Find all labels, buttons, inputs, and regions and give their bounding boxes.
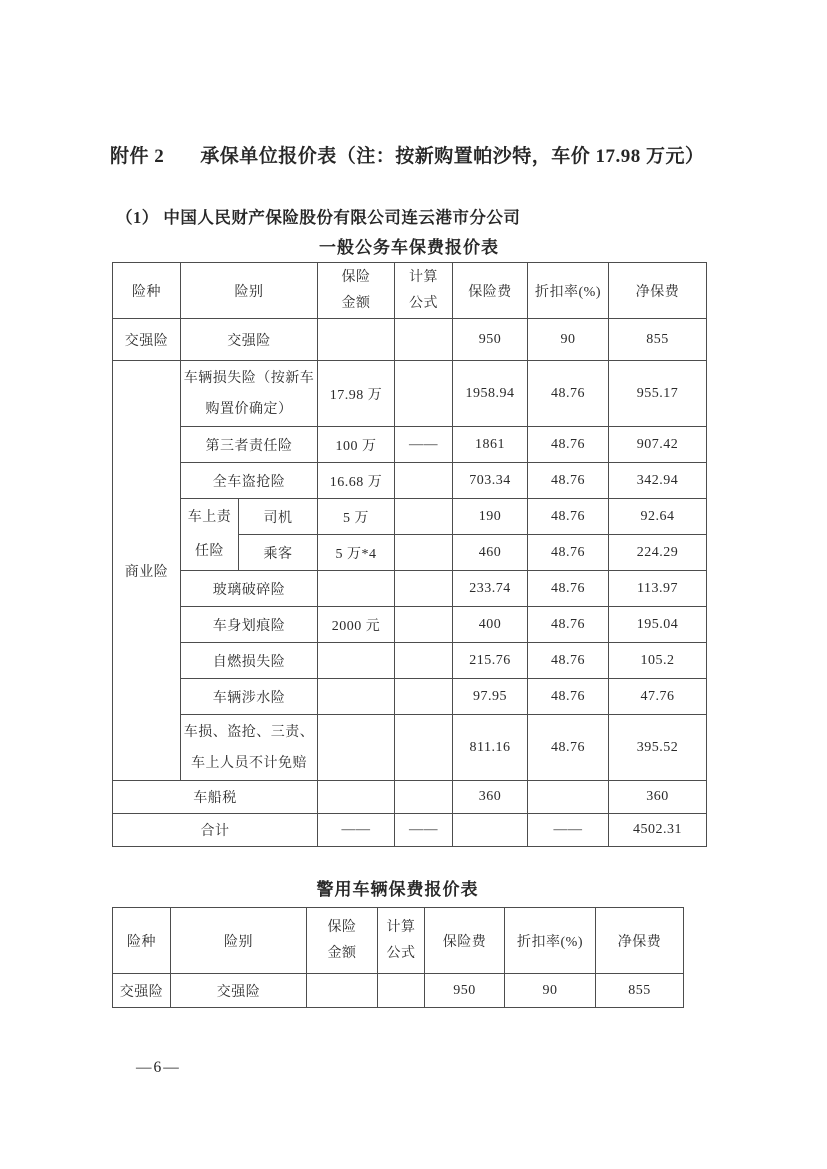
cell-formula-empty [395,499,453,535]
cell-formula-empty [395,361,453,427]
table-row: 车上责 任险 司机 5 万 190 48.76 92.64 [113,499,707,535]
header-premium: 保险费 [453,263,528,319]
table-row: 玻璃破碎险 233.74 48.76 113.97 [113,571,707,607]
cell-net: 195.04 [609,607,707,643]
header-discount-rate: 折扣率(%) [528,263,609,319]
cell-premium: 1958.94 [453,361,528,427]
cell-amount: 2000 元 [318,607,395,643]
header-insured-amount: 保险 金额 [307,908,378,974]
header-net-premium: 净保费 [609,263,707,319]
cell-premium: 400 [453,607,528,643]
cell-net: 855 [609,319,707,361]
cell-vehicle-tax: 车船税 [113,781,318,814]
cell-premium: 811.16 [453,715,528,781]
document-title-text: 承保单位报价表（注：按新购置帕沙特，车价 17.98 万元） [200,146,704,167]
cell-discount: 48.76 [528,571,609,607]
cell-risk-name: 玻璃破碎险 [181,571,318,607]
cell-discount: 48.76 [528,607,609,643]
header-calc-formula: 计算 公式 [378,908,425,974]
header-insured-amount: 保险 金额 [318,263,395,319]
table-row: 车损、盗抢、三责、 车上人员不计免赔 811.16 48.76 395.52 [113,715,707,781]
cell-risk-name: 车身划痕险 [181,607,318,643]
cell-net: 855 [596,974,684,1008]
cell-net: 105.2 [609,643,707,679]
table-row: 车船税 360 360 [113,781,707,814]
cell-discount: 90 [505,974,596,1008]
cell-discount: 48.76 [528,643,609,679]
cell-risk-type: 交强险 [113,319,181,361]
cell-total-label: 合计 [113,814,318,847]
cell-discount: 48.76 [528,463,609,499]
cell-discount: 48.76 [528,427,609,463]
document-title: 附件 2承保单位报价表（注：按新购置帕沙特，车价 17.98 万元） [110,141,705,168]
cell-amount: 16.68 万 [318,463,395,499]
cell-formula-empty [395,607,453,643]
cell-amount-empty [318,319,395,361]
cell-risk-name: 交强险 [181,319,318,361]
cell-premium-empty [453,814,528,847]
cell-net: 92.64 [609,499,707,535]
cell-net: 113.97 [609,571,707,607]
cell-risk-name: 全车盗抢险 [181,463,318,499]
header-premium: 保险费 [425,908,505,974]
cell-formula: —— [395,427,453,463]
cell-amount-empty [318,571,395,607]
cell-formula-empty [395,535,453,571]
table1-title: 一般公务车保费报价表 [112,233,706,258]
header-discount-rate: 折扣率(%) [505,908,596,974]
cell-premium: 950 [425,974,505,1008]
table-row: 自燃损失险 215.76 48.76 105.2 [113,643,707,679]
cell-amount-empty [318,679,395,715]
cell-net: 47.76 [609,679,707,715]
cell-amount: 5 万 [318,499,395,535]
table-row: 商业险 车辆损失险（按新车 购置价确定） 17.98 万 1958.94 48.… [113,361,707,427]
cell-formula-empty [395,463,453,499]
header-net-premium: 净保费 [596,908,684,974]
cell-risk-name: 司机 [239,499,318,535]
cell-discount: 48.76 [528,535,609,571]
cell-discount: 48.76 [528,679,609,715]
table-header-row: 险种 险别 保险 金额 计算 公式 保险费 折扣率(%) 净保费 [113,908,684,974]
cell-net: 907.42 [609,427,707,463]
cell-risk-name: 第三者责任险 [181,427,318,463]
table2-title: 警用车辆保费报价表 [112,875,683,900]
cell-premium: 703.34 [453,463,528,499]
cell-premium: 950 [453,319,528,361]
header-risk-category: 险别 [181,263,318,319]
header-risk-type: 险种 [113,263,181,319]
general-vehicle-quote-table: 险种 险别 保险 金额 计算 公式 保险费 折扣率(%) 净保费 交强险 交强险… [112,262,707,847]
cell-discount: 90 [528,319,609,361]
cell-premium: 360 [453,781,528,814]
cell-net: 342.94 [609,463,707,499]
cell-amount: —— [318,814,395,847]
cell-premium: 215.76 [453,643,528,679]
document-page: 附件 2承保单位报价表（注：按新购置帕沙特，车价 17.98 万元） （1） 中… [0,0,827,1169]
page-number: —6— [136,1059,181,1077]
cell-premium: 1861 [453,427,528,463]
table-row: 交强险 交强险 950 90 855 [113,319,707,361]
cell-formula-empty [395,679,453,715]
header-risk-type: 险种 [113,908,171,974]
table-row: 全车盗抢险 16.68 万 703.34 48.76 342.94 [113,463,707,499]
cell-amount: 17.98 万 [318,361,395,427]
cell-net: 224.29 [609,535,707,571]
cell-amount: 100 万 [318,427,395,463]
cell-risk-name: 车损、盗抢、三责、 车上人员不计免赔 [181,715,318,781]
cell-premium: 460 [453,535,528,571]
cell-net: 395.52 [609,715,707,781]
table-row: 车身划痕险 2000 元 400 48.76 195.04 [113,607,707,643]
cell-formula-empty [395,319,453,361]
cell-net: 360 [609,781,707,814]
cell-discount: —— [528,814,609,847]
header-risk-category: 险别 [171,908,307,974]
cell-risk-type: 交强险 [113,974,171,1008]
cell-risk-name: 乘客 [239,535,318,571]
cell-premium: 190 [453,499,528,535]
table-total-row: 合计 —— —— —— 4502.31 [113,814,707,847]
cell-risk-name: 交强险 [171,974,307,1008]
cell-formula-empty [378,974,425,1008]
company-heading: （1） 中国人民财产保险股份有限公司连云港市分公司 [116,204,520,228]
cell-formula-empty [395,571,453,607]
table-header-row: 险种 险别 保险 金额 计算 公式 保险费 折扣率(%) 净保费 [113,263,707,319]
cell-formula-empty [395,643,453,679]
cell-risk-name: 自燃损失险 [181,643,318,679]
cell-amount-empty [318,781,395,814]
cell-amount-empty [318,715,395,781]
table-row: 车辆涉水险 97.95 48.76 47.76 [113,679,707,715]
cell-onboard-liability-group: 车上责 任险 [181,499,239,571]
cell-formula-empty [395,781,453,814]
cell-amount-empty [318,643,395,679]
cell-premium: 97.95 [453,679,528,715]
police-vehicle-quote-table: 险种 险别 保险 金额 计算 公式 保险费 折扣率(%) 净保费 交强险 交强险… [112,907,684,1008]
cell-discount: 48.76 [528,715,609,781]
header-calc-formula: 计算 公式 [395,263,453,319]
cell-formula-empty [395,715,453,781]
cell-discount-empty [528,781,609,814]
table-row: 交强险 交强险 950 90 855 [113,974,684,1008]
cell-premium: 233.74 [453,571,528,607]
cell-amount-empty [307,974,378,1008]
cell-discount: 48.76 [528,361,609,427]
cell-commercial-group: 商业险 [113,361,181,781]
attachment-label: 附件 2 [110,146,164,167]
cell-amount: 5 万*4 [318,535,395,571]
cell-net: 4502.31 [609,814,707,847]
cell-risk-name: 车辆涉水险 [181,679,318,715]
cell-formula: —— [395,814,453,847]
cell-risk-name: 车辆损失险（按新车 购置价确定） [181,361,318,427]
table-row: 第三者责任险 100 万 —— 1861 48.76 907.42 [113,427,707,463]
cell-net: 955.17 [609,361,707,427]
cell-discount: 48.76 [528,499,609,535]
